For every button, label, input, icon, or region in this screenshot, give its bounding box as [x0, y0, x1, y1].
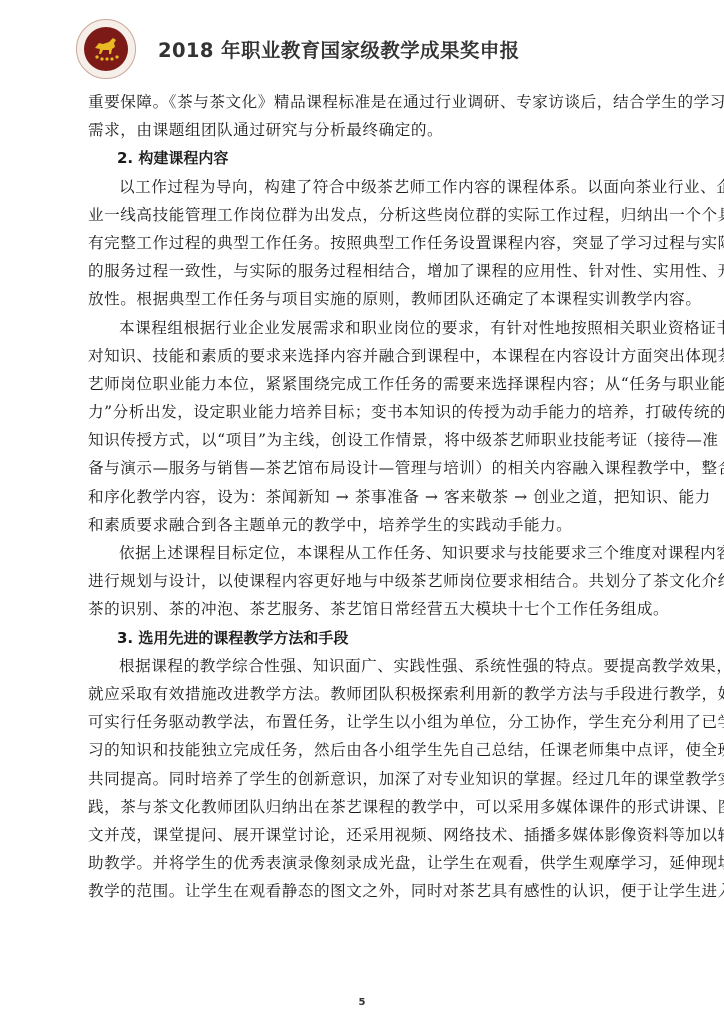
text-line: 和素质要求融合到各主题单元的教学中，培养学生的实践动手能力。	[88, 511, 684, 539]
emblem-inner	[84, 27, 128, 71]
text-line: 业一线高技能管理工作岗位群为出发点，分析这些岗位群的实际工作过程，归纳出一个个具	[88, 201, 684, 229]
text-line: 有完整工作过程的典型工作任务。按照典型工作任务设置课程内容，突显了学习过程与实际	[88, 229, 684, 257]
section-heading: 3. 选用先进的课程教学方法和手段	[88, 624, 684, 652]
text-line: 和序化教学内容，设为：茶闻新知 → 茶事准备 → 客来敬茶 → 创业之道，把知识…	[88, 483, 684, 511]
paragraph: 以工作过程为导向，构建了符合中级茶艺师工作内容的课程体系。以面向茶业行业、企 业…	[88, 173, 684, 314]
text-line: 艺师岗位职业能力本位，紧紧围绕完成工作任务的需要来选择课程内容；从“任务与职业能	[88, 370, 684, 398]
text-line: 进行规划与设计，以使课程内容更好地与中级茶艺师岗位要求相结合。共划分了茶文化介绍…	[88, 567, 684, 595]
text-line: 力”分析出发，设定职业能力培养目标；变书本知识的传授为动手能力的培养，打破传统的	[88, 398, 684, 426]
text-line: 践，茶与茶文化教师团队归纳出在茶艺课程的教学中，可以采用多媒体课件的形式讲课、图	[88, 793, 684, 821]
text-line: 以工作过程为导向，构建了符合中级茶艺师工作内容的课程体系。以面向茶业行业、企	[88, 173, 684, 201]
page-number: 5	[0, 997, 724, 1008]
text-line: 依据上述课程目标定位，本课程从工作任务、知识要求与技能要求三个维度对课程内容	[88, 539, 684, 567]
paragraph: 本课程组根据行业企业发展需求和职业岗位的要求，有针对性地按照相关职业资格证书 对…	[88, 314, 684, 540]
text-line: 放性。根据典型工作任务与项目实施的原则，教师团队还确定了本课程实训教学内容。	[88, 285, 684, 313]
page-header: 2018 年职业教育国家级教学成果奖申报	[76, 18, 520, 80]
text-line: 对知识、技能和素质的要求来选择内容并融合到课程中，本课程在内容设计方面突出体现茶	[88, 342, 684, 370]
paragraph: 根据课程的教学综合性强、知识面广、实践性强、系统性强的特点。要提高教学效果， 就…	[88, 652, 684, 906]
text-line: 本课程组根据行业企业发展需求和职业岗位的要求，有针对性地按照相关职业资格证书	[88, 314, 684, 342]
text-line: 根据课程的教学综合性强、知识面广、实践性强、系统性强的特点。要提高教学效果，	[88, 652, 684, 680]
paragraph: 依据上述课程目标定位，本课程从工作任务、知识要求与技能要求三个维度对课程内容 进…	[88, 539, 684, 624]
horse-icon	[89, 34, 123, 64]
text-line: 可实行任务驱动教学法，布置任务，让学生以小组为单位，分工协作，学生充分利用了已学	[88, 708, 684, 736]
text-line: 助教学。并将学生的优秀表演录像刻录成光盘，让学生在观看，供学生观摩学习，延伸现场	[88, 849, 684, 877]
paragraph: 重要保障。《茶与茶文化》精品课程标准是在通过行业调研、专家访谈后，结合学生的学习…	[88, 88, 684, 144]
text-line: 共同提高。同时培养了学生的创新意识，加深了对专业知识的掌握。经过几年的课堂教学实	[88, 765, 684, 793]
text-line: 习的知识和技能独立完成任务，然后由各小组学生先自己总结，任课老师集中点评，使全班	[88, 736, 684, 764]
text-line: 的服务过程一致性，与实际的服务过程相结合，增加了课程的应用性、针对性、实用性、开	[88, 257, 684, 285]
section-heading: 2. 构建课程内容	[88, 144, 684, 172]
document-title: 2018 年职业教育国家级教学成果奖申报	[158, 35, 520, 63]
text-line: 需求，由课题组团队通过研究与分析最终确定的。	[88, 116, 684, 144]
text-line: 知识传授方式，以“项目”为主线，创设工作情景，将中级茶艺师职业技能考证（接待—准	[88, 426, 684, 454]
text-line: 就应采取有效措施改进教学方法。教师团队积极探索利用新的教学方法与手段进行教学，如	[88, 680, 684, 708]
school-emblem-icon	[76, 19, 136, 79]
text-line: 茶的识别、茶的冲泡、茶艺服务、茶艺馆日常经营五大模块十七个工作任务组成。	[88, 595, 684, 623]
text-line: 重要保障。《茶与茶文化》精品课程标准是在通过行业调研、专家访谈后，结合学生的学习	[88, 88, 684, 116]
document-body: 重要保障。《茶与茶文化》精品课程标准是在通过行业调研、专家访谈后，结合学生的学习…	[88, 88, 684, 905]
text-line: 文并茂，课堂提问、展开课堂讨论，还采用视频、网络技术、插播多媒体影像资料等加以辅	[88, 821, 684, 849]
text-line: 教学的范围。让学生在观看静态的图文之外，同时对茶艺具有感性的认识，便于让学生进入	[88, 877, 684, 905]
text-line: 备与演示—服务与销售—茶艺馆布局设计—管理与培训）的相关内容融入课程教学中，整合	[88, 454, 684, 482]
